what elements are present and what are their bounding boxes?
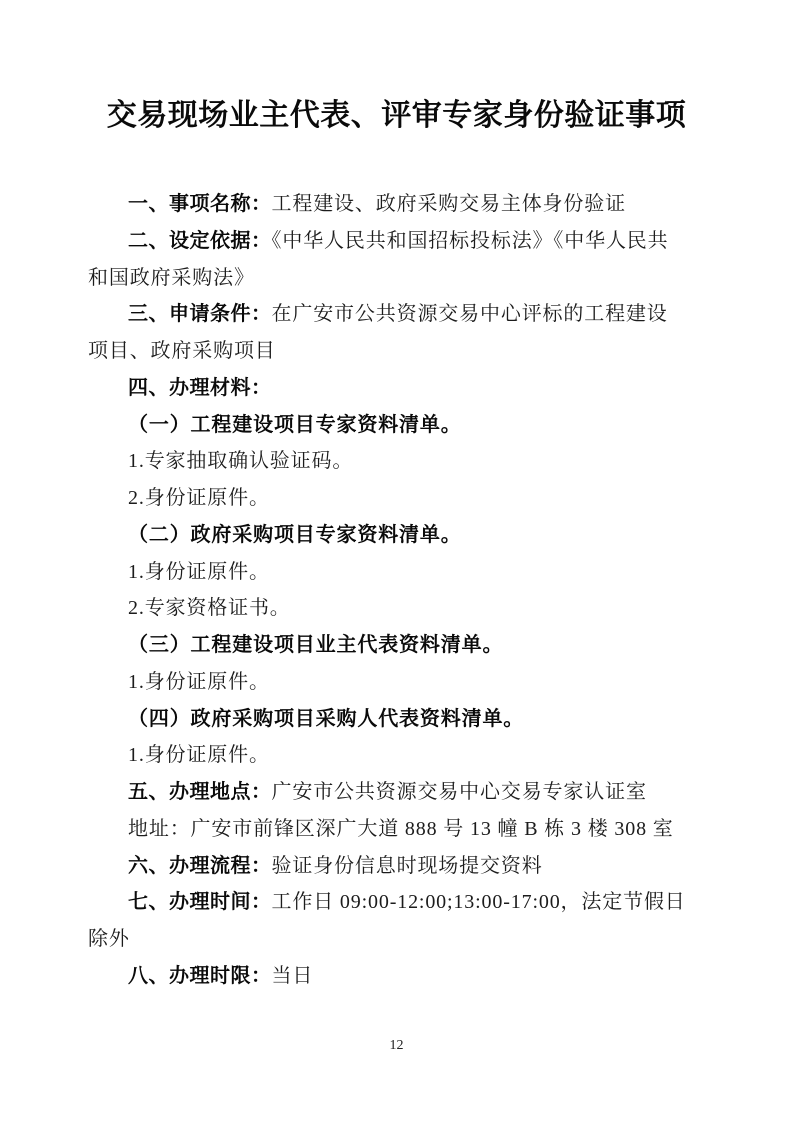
- text-line: （二）政府采购项目专家资料清单。: [88, 517, 728, 554]
- text-line: 1.身份证原件。: [88, 737, 728, 774]
- line-text: 工作日 09:00-12:00;13:00-17:00，法定节假日: [272, 891, 686, 913]
- line-text: 《中华人民共和国招标投标法》《中华人民共: [272, 230, 669, 252]
- line-text: 和国政府采购法》: [88, 267, 255, 289]
- line-text: 除外: [88, 928, 130, 950]
- section-label: 二、设定依据：: [128, 230, 272, 252]
- text-line: 1.专家抽取确认验证码。: [88, 443, 728, 480]
- text-line: 项目、政府采购项目: [88, 333, 728, 370]
- text-line: 五、办理地点：广安市公共资源交易中心交易专家认证室: [88, 774, 728, 811]
- line-text: 项目、政府采购项目: [88, 340, 276, 362]
- line-text: 验证身份信息时现场提交资料: [272, 855, 543, 877]
- text-line: 2.专家资格证书。: [88, 590, 728, 627]
- text-line: 2.身份证原件。: [88, 480, 728, 517]
- document-body: 一、事项名称：工程建设、政府采购交易主体身份验证二、设定依据：《中华人民共和国招…: [88, 186, 728, 995]
- line-text: 2.身份证原件。: [128, 487, 270, 509]
- text-line: 三、申请条件：在广安市公共资源交易中心评标的工程建设: [88, 296, 728, 333]
- line-text: 1.身份证原件。: [128, 671, 270, 693]
- line-text: 广安市公共资源交易中心交易专家认证室: [272, 781, 647, 803]
- section-label: 五、办理地点：: [128, 781, 272, 803]
- line-text: 地址：广安市前锋区深广大道 888 号 13 幢 B 栋 3 楼 308 室: [128, 818, 674, 840]
- line-text: 1.身份证原件。: [128, 744, 270, 766]
- document-page: 交易现场业主代表、评审专家身份验证事项 一、事项名称：工程建设、政府采购交易主体…: [0, 0, 793, 1122]
- line-text: （四）政府采购项目采购人代表资料清单。: [128, 708, 524, 730]
- text-line: 六、办理流程：验证身份信息时现场提交资料: [88, 848, 728, 885]
- line-text: 工程建设、政府采购交易主体身份验证: [272, 193, 626, 215]
- text-line: 1.身份证原件。: [88, 554, 728, 591]
- section-label: 七、办理时间：: [128, 891, 272, 913]
- text-line: 八、办理时限：当日: [88, 958, 728, 995]
- line-text: （一）工程建设项目专家资料清单。: [128, 414, 462, 436]
- text-line: 地址：广安市前锋区深广大道 888 号 13 幢 B 栋 3 楼 308 室: [88, 811, 728, 848]
- section-label: 六、办理流程：: [128, 855, 272, 877]
- text-line: 四、办理材料：: [88, 370, 728, 407]
- line-text: 2.专家资格证书。: [128, 597, 291, 619]
- document-title: 交易现场业主代表、评审专家身份验证事项: [0, 96, 793, 136]
- section-label: 四、办理材料：: [128, 377, 272, 399]
- text-line: （四）政府采购项目采购人代表资料清单。: [88, 701, 728, 738]
- text-line: 一、事项名称：工程建设、政府采购交易主体身份验证: [88, 186, 728, 223]
- text-line: 除外: [88, 921, 728, 958]
- text-line: 1.身份证原件。: [88, 664, 728, 701]
- page-number: 12: [0, 1036, 793, 1056]
- text-line: （三）工程建设项目业主代表资料清单。: [88, 627, 728, 664]
- section-label: 八、办理时限：: [128, 965, 272, 987]
- line-text: 1.专家抽取确认验证码。: [128, 450, 353, 472]
- line-text: 在广安市公共资源交易中心评标的工程建设: [272, 303, 668, 325]
- text-line: 二、设定依据：《中华人民共和国招标投标法》《中华人民共: [88, 223, 728, 260]
- text-line: 和国政府采购法》: [88, 260, 728, 297]
- text-line: （一）工程建设项目专家资料清单。: [88, 407, 728, 444]
- line-text: 当日: [272, 965, 314, 987]
- line-text: （三）工程建设项目业主代表资料清单。: [128, 634, 503, 656]
- line-text: （二）政府采购项目专家资料清单。: [128, 524, 462, 546]
- line-text: 1.身份证原件。: [128, 561, 270, 583]
- section-label: 一、事项名称：: [128, 193, 272, 215]
- text-line: 七、办理时间：工作日 09:00-12:00;13:00-17:00，法定节假日: [88, 884, 728, 921]
- section-label: 三、申请条件：: [128, 303, 272, 325]
